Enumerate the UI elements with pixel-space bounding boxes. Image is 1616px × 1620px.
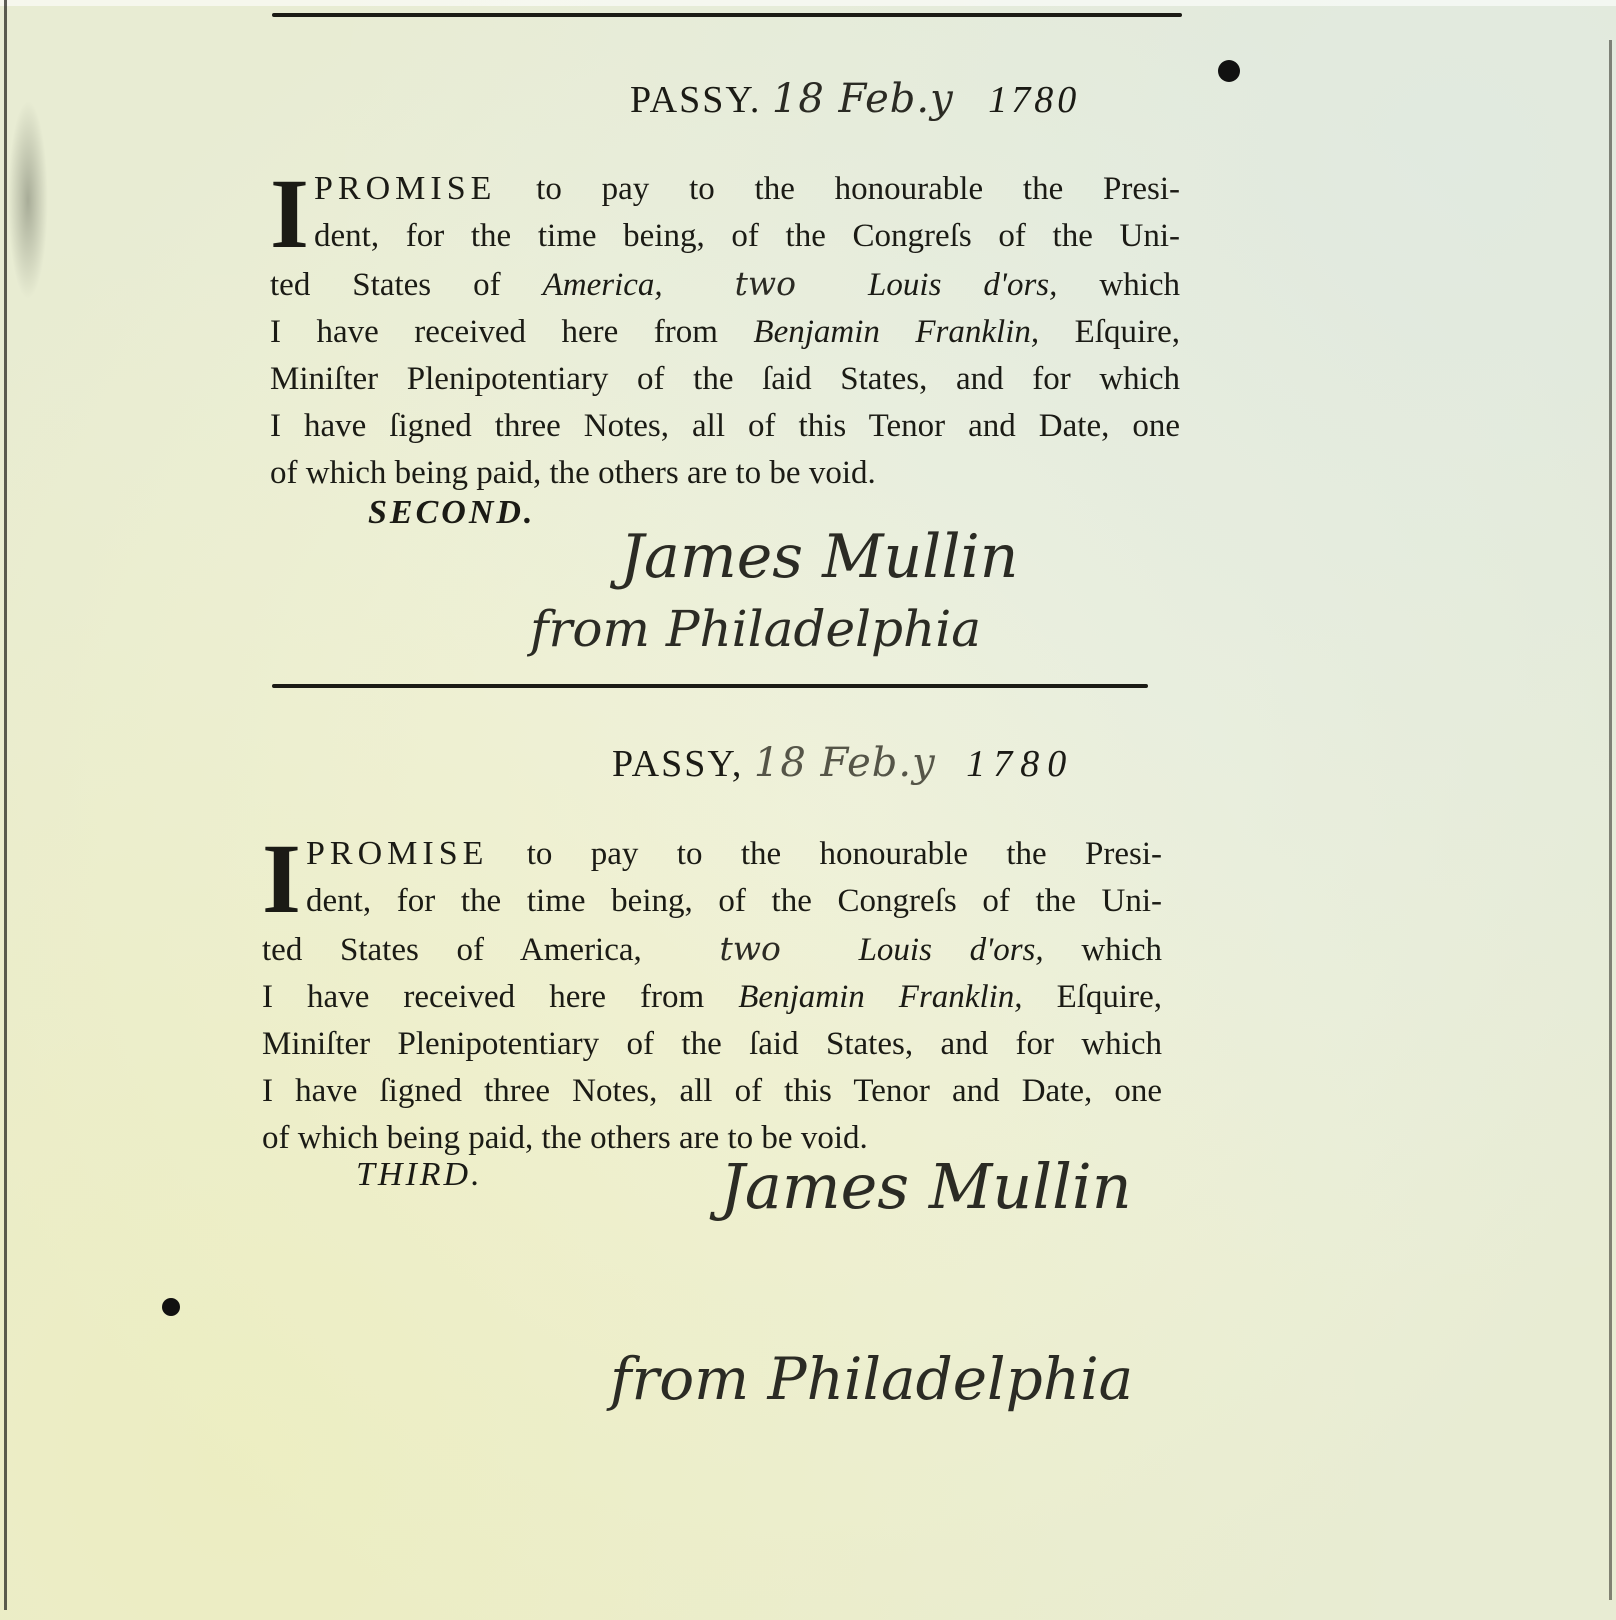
text-line: I have ſigned three Notes, all of this T… bbox=[262, 1068, 1162, 1115]
signature-name: James Mullin bbox=[720, 1150, 1132, 1223]
divider-rule-middle bbox=[272, 684, 1148, 688]
signature-name: James Mullin bbox=[620, 522, 1018, 592]
drop-cap: I bbox=[270, 169, 309, 259]
text-line: PROMISE to pay to the honourable the Pre… bbox=[314, 165, 1180, 213]
paper-top-edge bbox=[0, 0, 1616, 6]
text-line: ted States of America, two Louis d'ors, … bbox=[270, 260, 1180, 309]
text-line: I have received here from Benjamin Frank… bbox=[262, 974, 1162, 1021]
promise-word: PROMISE bbox=[314, 170, 496, 207]
text-line: I have received here from Benjamin Frank… bbox=[270, 309, 1180, 356]
text-line: Miniſter Plenipotentiary of the ſaid Sta… bbox=[262, 1021, 1162, 1068]
handwritten-date: 18 Feb.y bbox=[754, 740, 936, 786]
text-line: PROMISE to pay to the honourable the Pre… bbox=[306, 830, 1162, 878]
handwritten-date: 18 Feb.y bbox=[772, 76, 954, 122]
text-line: of which being paid, the others are to b… bbox=[270, 450, 1180, 497]
signature-origin: from Philadelphia bbox=[610, 1345, 1133, 1413]
text-line: Miniſter Plenipotentiary of the ſaid Sta… bbox=[270, 356, 1180, 403]
handwritten-amount: two bbox=[735, 264, 796, 303]
place: PASSY. bbox=[630, 79, 761, 121]
divider-rule-top bbox=[272, 13, 1182, 17]
copy-label: SECOND. bbox=[368, 494, 535, 532]
copy-label: THIRD. bbox=[356, 1156, 483, 1194]
drop-cap: I bbox=[262, 834, 301, 924]
signature-origin: from Philadelphia bbox=[530, 600, 981, 658]
document-page: PASSY. 18 Feb.y 1780 I PROMISE to pay to… bbox=[0, 0, 1616, 1620]
promise-word: PROMISE bbox=[306, 835, 488, 872]
handwritten-amount: two bbox=[719, 929, 780, 968]
punch-hole-bottom bbox=[162, 1298, 180, 1316]
paper-right-edge bbox=[1609, 40, 1612, 1600]
text-line: dent, for the time being, of the Congreſ… bbox=[314, 213, 1180, 260]
dateline: PASSY. 18 Feb.y 1780 bbox=[630, 76, 1080, 122]
text-line: ted States of America, two Louis d'ors, … bbox=[262, 925, 1162, 974]
punch-hole-top bbox=[1218, 60, 1240, 82]
paper-left-edge bbox=[4, 0, 7, 1610]
text-line: I have ſigned three Notes, all of this T… bbox=[270, 403, 1180, 450]
paper-stain bbox=[8, 100, 48, 300]
dateline: PASSY, 18 Feb.y 1780 bbox=[612, 740, 1074, 786]
text-line: dent, for the time being, of the Congreſ… bbox=[306, 878, 1162, 925]
place: PASSY, bbox=[612, 743, 743, 785]
year: 1780 bbox=[966, 743, 1074, 785]
year: 1780 bbox=[988, 79, 1080, 121]
